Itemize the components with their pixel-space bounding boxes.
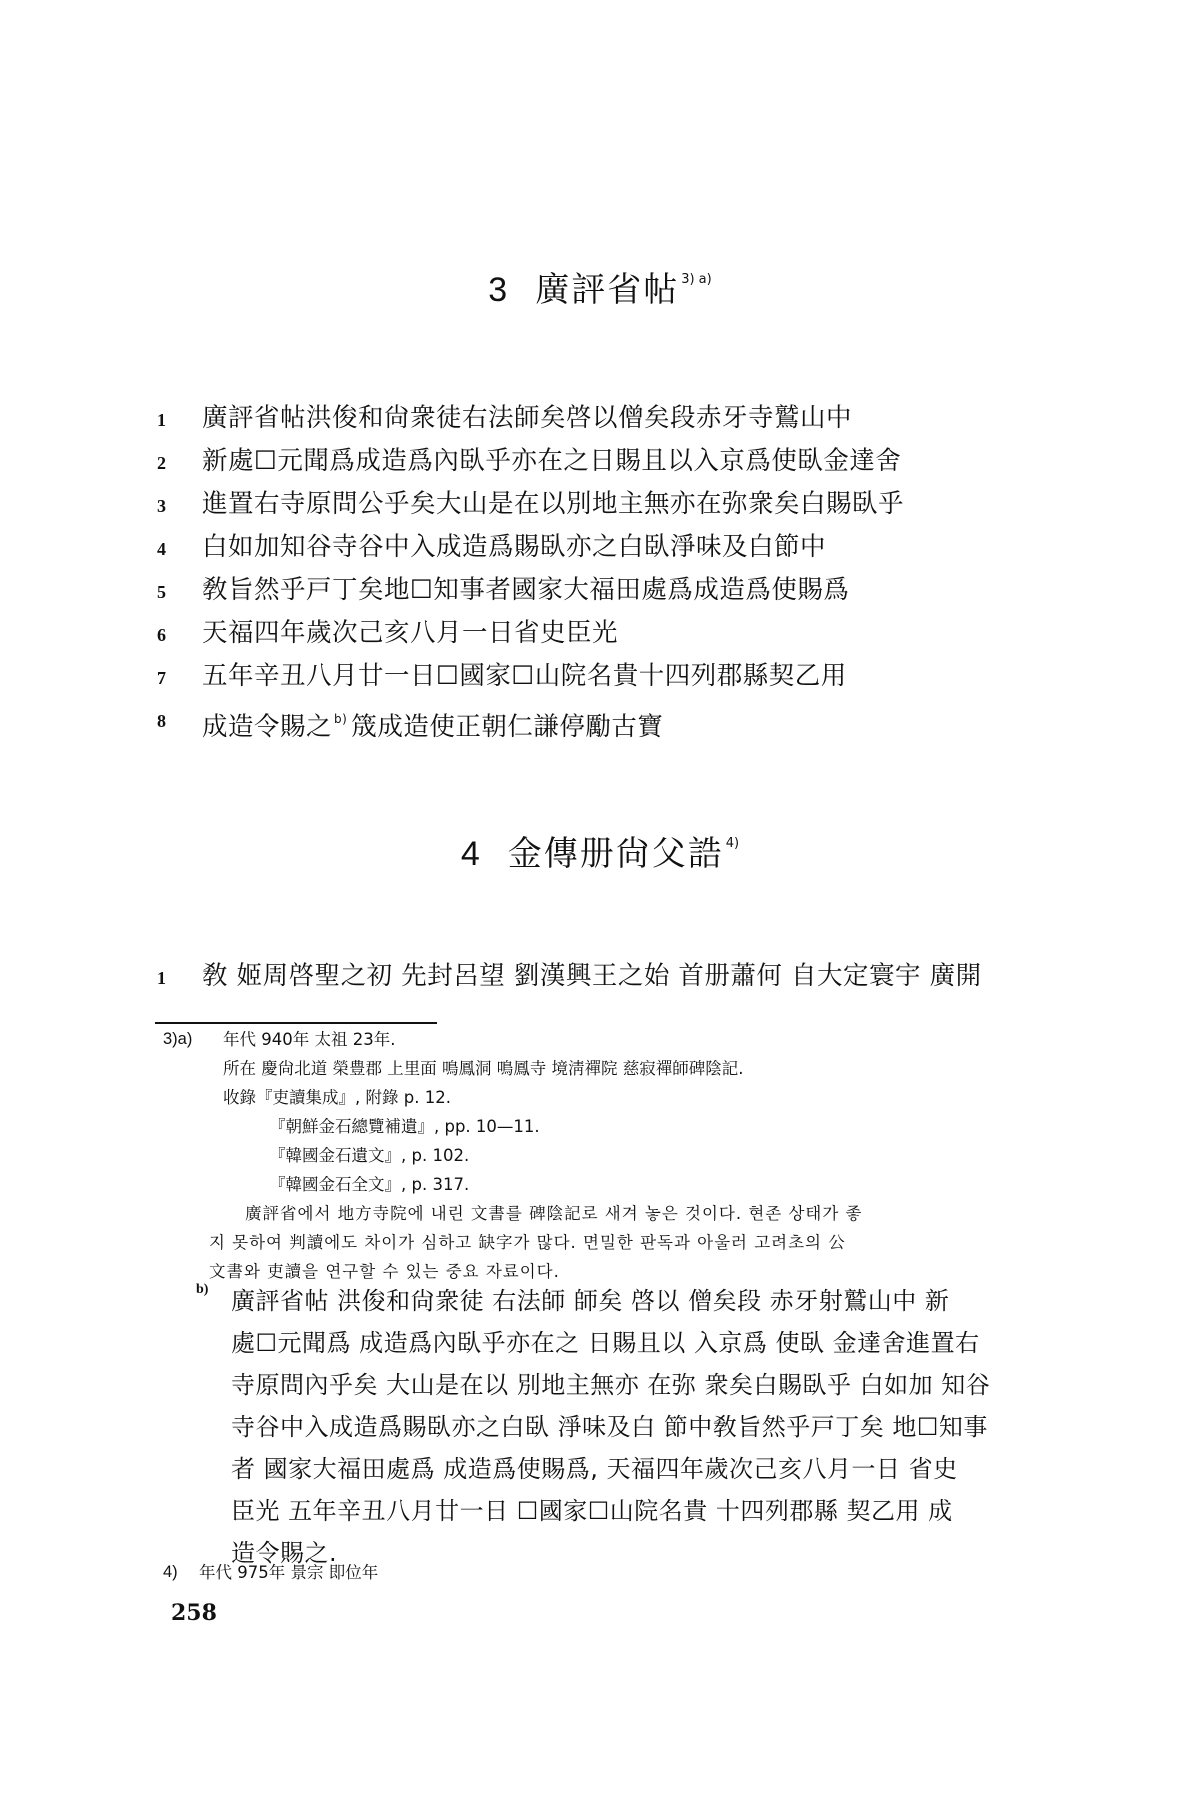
footnote-3b: b) 廣評省帖 洪俊和尙衆徒 右法師 師矣 啓以 僧矣段 赤牙射鷲山中 新 處☐… [190,1280,1070,1574]
section-4-text: 1 敎 姬周啓聖之初 先封呂望 劉漢興王之始 首册蕭何 自大定寰宇 廣開 [157,955,1107,998]
line-text: 五年辛丑八月廿一日☐國家☐山院名貴十四列郡縣契乙用 [202,655,847,698]
section-4-title: 金傳册尙父誥 [508,834,724,874]
footnote-source: 『朝鮮金石總覽補遺』, pp. 10—11. [269,1112,540,1141]
line-text: 進置右寺原問公乎矣大山是在以別地主無亦在弥衆矣白賜臥乎 [202,483,904,526]
footnote-b-line: 寺原問內乎矣 大山是在以 別地主無亦 在弥 衆矣白賜臥乎 白如加 知谷 [190,1364,1070,1406]
section-4-number: 4 [461,835,482,873]
section-3-text: 1 廣評省帖洪俊和尙衆徒右法師矣啓以僧矣段赤牙寺鷲山中 2 新處☐元聞爲成造爲內… [157,397,1107,741]
footnote-era: 年代 940年 太祖 23年. [223,1025,395,1054]
footnote-marker: 3)a) [163,1025,192,1054]
footnote-source: 『韓國金石遺文』, p. 102. [269,1141,469,1170]
footnote-b-line: 臣光 五年辛丑八月廿一日 ☐國家☐山院名貴 十四列郡縣 契乙用 成 [190,1490,1070,1532]
line-text-before-ref: 成造令賜之 [202,712,332,742]
footnote-row: 3)a) 年代 940年 太祖 23年. [163,1025,1063,1054]
footnote-row: 收錄『吏讀集成』, 附錄 p. 12. [163,1083,1063,1112]
section-4-footnote-ref: 4) [726,836,739,851]
footnote-note-body: 廣評省에서 地方寺院에 내린 文書를 碑陰記로 새겨 놓은 것이다. 현존 상태… [223,1199,1083,1286]
text-line: 7 五年辛丑八月廿一日☐國家☐山院名貴十四列郡縣契乙用 [157,655,1107,698]
footnote-era: 年代 975年 景宗 即位年 [199,1558,378,1587]
line-number: 1 [157,399,187,442]
footnote-b-line: 者 國家大福田處爲 成造爲使賜爲, 天福四年歲次己亥八月一日 省史 [190,1448,1070,1490]
footnote-b-line: 廣評省帖 洪俊和尙衆徒 右法師 師矣 啓以 僧矣段 赤牙射鷲山中 新 [190,1280,1070,1322]
footnote-marker: 4) [163,1558,178,1587]
footnote-row: 『韓國金石遺文』, p. 102. [163,1141,1063,1170]
footnote-b-line: 寺谷中入成造爲賜臥亦之白臥 淨味及白 節中敎旨然乎戸丁矣 地☐知事 [190,1406,1070,1448]
line-number: 6 [157,614,187,657]
footnote-source: 『韓國金石全文』, p. 317. [269,1170,469,1199]
line-number: 2 [157,442,187,485]
footnote-note-line: 廣評省에서 地方寺院에 내린 文書를 碑陰記로 새겨 놓은 것이다. 현존 상태… [223,1199,1083,1228]
footnote-divider [155,1022,437,1024]
text-line: 8 成造令賜之b)筬成造使正朝仁謙停勵古寶 [157,698,1107,741]
footnote-marker: b) [196,1282,208,1298]
text-line: 4 白如加知谷寺谷中入成造爲賜臥亦之白臥淨味及白節中 [157,526,1107,569]
line-text: 成造令賜之b)筬成造使正朝仁謙停勵古寶 [202,698,663,749]
text-line: 2 新處☐元聞爲成造爲內臥乎亦在之日賜且以入京爲使臥金達舍 [157,440,1107,483]
text-line: 1 廣評省帖洪俊和尙衆徒右法師矣啓以僧矣段赤牙寺鷲山中 [157,397,1107,440]
footnote-ref-b: b) [334,712,347,726]
section-3-title: 廣評省帖 [535,270,679,310]
line-number: 3 [157,485,187,528]
footnote-location: 所在 慶尙北道 榮豊郡 上里面 鳴鳳洞 鳴鳳寺 境淸禪院 慈寂禪師碑陰記. [223,1054,743,1083]
footnote-row: 『韓國金石全文』, p. 317. [163,1170,1063,1199]
footnote-3a: 3)a) 年代 940年 太祖 23年. 所在 慶尙北道 榮豊郡 上里面 鳴鳳洞… [163,1025,1063,1286]
line-text: 敎 姬周啓聖之初 先封呂望 劉漢興王之始 首册蕭何 自大定寰宇 廣開 [202,955,982,998]
text-line: 5 敎旨然乎戸丁矣地☐知事者國家大福田處爲成造爲使賜爲 [157,569,1107,612]
section-3-heading: 3廣評省帖3) a) [0,262,1200,311]
line-text-after-ref: 筬成造使正朝仁謙停勵古寶 [351,712,663,742]
footnote-b-line: 處☐元聞爲 成造爲內臥乎亦在之 日賜且以 入京爲 使臥 金達舍進置右 [190,1322,1070,1364]
line-number: 7 [157,657,187,700]
section-3-footnote-ref: 3) a) [681,272,712,287]
line-text: 白如加知谷寺谷中入成造爲賜臥亦之白臥淨味及白節中 [202,526,826,569]
footnote-note-line: 지 못하여 判讀에도 차이가 심하고 缺字가 많다. 면밀한 판독과 아울러 고… [209,1228,1083,1257]
text-line: 1 敎 姬周啓聖之初 先封呂望 劉漢興王之始 首册蕭何 自大定寰宇 廣開 [157,955,1107,998]
section-4-heading: 4金傳册尙父誥4) [0,826,1200,875]
text-line: 3 進置右寺原問公乎矣大山是在以別地主無亦在弥衆矣白賜臥乎 [157,483,1107,526]
line-number: 8 [157,700,187,743]
line-text: 天福四年歲次己亥八月一日省史臣光 [202,612,618,655]
line-number: 5 [157,571,187,614]
text-line: 6 天福四年歲次己亥八月一日省史臣光 [157,612,1107,655]
line-text: 敎旨然乎戸丁矣地☐知事者國家大福田處爲成造爲使賜爲 [202,569,849,612]
line-number: 4 [157,528,187,571]
footnote-row: 所在 慶尙北道 榮豊郡 上里面 鳴鳳洞 鳴鳳寺 境淸禪院 慈寂禪師碑陰記. [163,1054,1063,1083]
footnote-source: 收錄『吏讀集成』, 附錄 p. 12. [223,1083,451,1112]
section-3-number: 3 [488,271,509,309]
line-number: 1 [157,957,187,1000]
page-number: 258 [171,1600,217,1626]
footnote-row: 『朝鮮金石總覽補遺』, pp. 10—11. [163,1112,1063,1141]
document-page: 3廣評省帖3) a) 1 廣評省帖洪俊和尙衆徒右法師矣啓以僧矣段赤牙寺鷲山中 2… [0,0,1200,1800]
line-text: 廣評省帖洪俊和尙衆徒右法師矣啓以僧矣段赤牙寺鷲山中 [202,397,852,440]
line-text: 新處☐元聞爲成造爲內臥乎亦在之日賜且以入京爲使臥金達舍 [202,440,901,483]
footnote-note: 廣評省에서 地方寺院에 내린 文書를 碑陰記로 새겨 놓은 것이다. 현존 상태… [163,1199,1063,1286]
